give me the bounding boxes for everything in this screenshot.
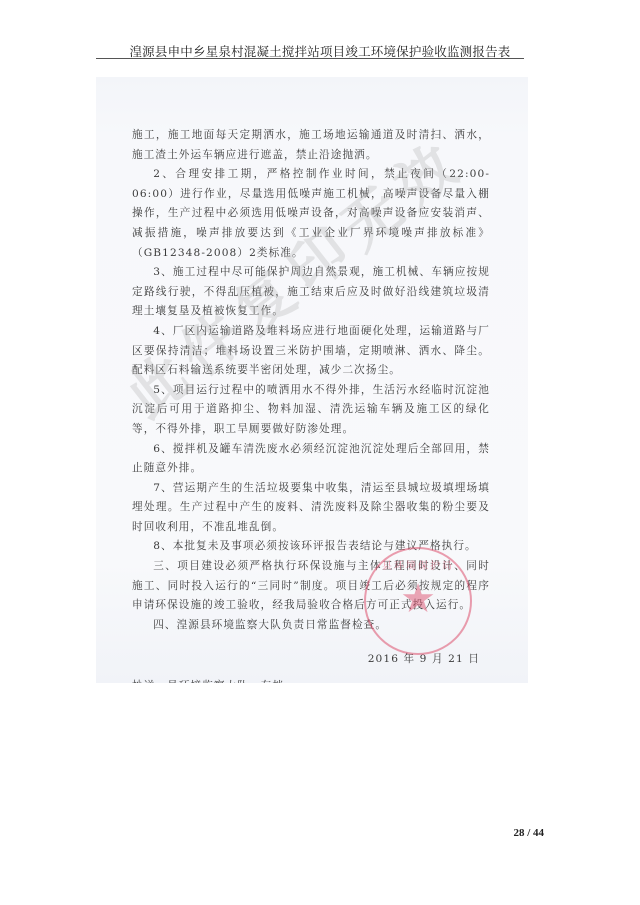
official-seal-stamp: 县环境保护局 ★ [364,547,472,655]
scanned-document-page: 施工，施工地面每天定期洒水，施工场地运输通道及时清扫、洒水，施工渣土外运车辆应进… [96,77,528,683]
seal-text: 县环境保护局 [366,557,470,572]
header-divider [96,58,524,59]
document-date: 2016 年 9 月 21 日 [132,650,490,670]
paragraph-item-6: 6、搅拌机及罐车清洗废水必须经沉淀池沉淀处理后全部回用，禁止随意外排。 [132,440,490,479]
carbon-copy-line: 抄送：县环境监察大队，存档。 [132,677,490,683]
page-number: 28 / 44 [513,827,544,839]
seal-star-icon: ★ [366,579,470,619]
paragraph-item-7: 7、营运期产生的生活垃圾要集中收集，清运至县城垃圾填埋场填埋处理。生产过程中产生… [132,479,490,538]
